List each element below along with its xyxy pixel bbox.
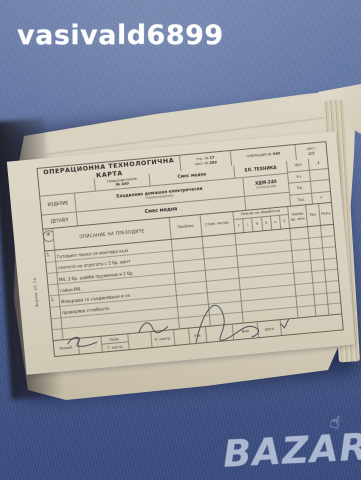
col-price: Разц. xyxy=(319,203,333,225)
col-aux-materials: Спом. матер. xyxy=(201,212,236,236)
foot-approved-label: Утв. xyxy=(189,327,207,344)
marketplace-photo: vasivald6899 Форма 25-1а ОПЕРАЦИОННА ТЕХ… xyxy=(0,0,361,480)
header-mini-grid: Цех 1 Уч. Бр. Тар. ✓ xyxy=(286,157,331,206)
form-number-side-label: Форма 25-1а xyxy=(32,277,40,307)
op-number: 2. xyxy=(51,297,55,302)
handwritten-list-value: 2/2 xyxy=(308,151,315,156)
product-label: ИЗДЕЛИЕ xyxy=(40,194,77,215)
technology-card-page: Форма 25-1а ОПЕРАЦИОННА ТЕХНОЛОГИЧНА КАР… xyxy=(7,131,355,375)
foot-norm-control-label: Н. контр. xyxy=(151,330,175,347)
foot-date-label: Дата xyxy=(258,320,282,337)
op-number: 1. xyxy=(46,252,50,257)
handwritten-check-mark: ✓ xyxy=(311,191,331,203)
signature-space xyxy=(128,332,152,349)
col-time-norm: Норма вр. мин xyxy=(288,205,308,228)
foot-developed-label: Разраб. xyxy=(54,339,80,356)
operation-number: 040 xyxy=(273,152,281,157)
signature-space xyxy=(206,325,234,342)
sheet-number: 263 xyxy=(209,160,217,165)
operation-card-form: ОПЕРАЦИОННА ТЕХНОЛОГИЧНА КАРТА стр. № 17… xyxy=(37,141,344,357)
foot-name-label: Име xyxy=(233,322,259,339)
seller-watermark: vasivald6899 xyxy=(17,20,224,51)
signature-space xyxy=(174,329,190,345)
foot-checked-labels: Пров. Т. контр. xyxy=(101,334,129,351)
bazar-logo: BAZAR ☝ xyxy=(222,425,361,476)
col-tools: Прибори xyxy=(170,215,203,239)
operation-description: Готовият панел се монтира към платото на… xyxy=(54,240,178,319)
signature-space xyxy=(78,337,102,354)
